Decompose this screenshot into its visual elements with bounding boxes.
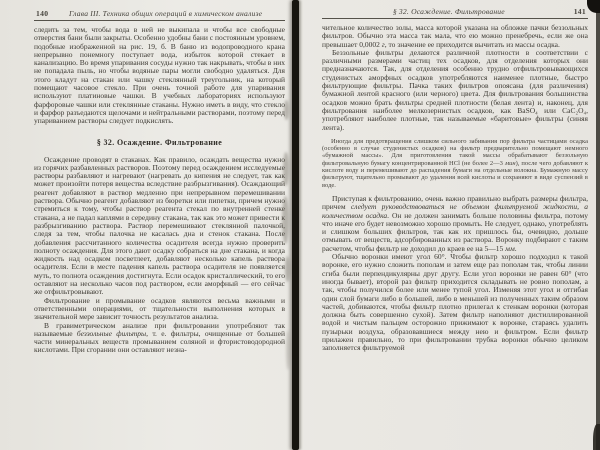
paragraph-funnel-folding: Обычно воронки имеют угол 60°. Чтобы фил… bbox=[322, 253, 588, 353]
paragraph-filtering-importance: Фильтрование и промывание осадков являют… bbox=[34, 297, 285, 322]
body-text-left: следить за тем, чтобы вода в ней не выки… bbox=[34, 26, 285, 355]
paragraph-filter-density: Беззольные фильтры делаются различной пл… bbox=[322, 49, 588, 132]
paragraph-evaporation: следить за тем, чтобы вода в ней не выки… bbox=[34, 26, 285, 126]
text-segment: Обычно воронки имеют угол 60°. Чтобы фил… bbox=[322, 252, 588, 352]
paragraph-filter-size: Приступая к фильтрованию, очень важно пр… bbox=[322, 195, 588, 253]
paragraph-gravimetric: В гравиметрическом анализе при фильтрова… bbox=[34, 322, 285, 355]
page-right: § 32. Осаждение. Фильтрование 141 читель… bbox=[299, 0, 593, 450]
scan-edge-right bbox=[596, 0, 600, 450]
running-title-left: Глава III. Техника общих операций в хими… bbox=[48, 9, 283, 18]
page-number-left: 140 bbox=[36, 9, 48, 18]
body-text-right: чительное количество золы, масса которой… bbox=[322, 24, 588, 353]
text-segment: Фильтрование и промывание осадков являют… bbox=[34, 296, 285, 322]
section-heading: § 32. Осаждение. Фильтрование bbox=[34, 138, 285, 147]
scan-smudge bbox=[284, 100, 289, 120]
paragraph-paper-pulp-smallprint: Иногда для предотвращения слишком сильно… bbox=[322, 138, 588, 189]
text-segment: Осаждение проводят в стаканах. Как прави… bbox=[34, 155, 285, 297]
scan-smudge bbox=[286, 330, 290, 370]
page-number-right: 141 bbox=[574, 7, 586, 16]
running-head-left: 140 Глава III. Техника общих операций в … bbox=[34, 9, 285, 21]
scan-smudge bbox=[285, 256, 290, 282]
book-gutter-shadow bbox=[292, 0, 299, 450]
paragraph-ash-mass: чительное количество золы, масса которой… bbox=[322, 24, 588, 49]
page-left: 140 Глава III. Техника общих операций в … bbox=[0, 0, 292, 450]
scan-smudge bbox=[282, 196, 289, 244]
text-segment: следить за тем, чтобы вода в ней не выки… bbox=[34, 25, 285, 125]
scan-edge-artifact-bottom bbox=[593, 424, 600, 450]
text-segment-italic: мин bbox=[505, 160, 516, 167]
paragraph-precipitation: Осаждение проводят в стаканах. Как прави… bbox=[34, 156, 285, 297]
book-scan-spread: 140 Глава III. Техника общих операций в … bbox=[0, 0, 600, 450]
running-title-right: § 32. Осаждение. Фильтрование bbox=[324, 7, 574, 16]
text-segment: Беззольные фильтры делаются различной пл… bbox=[322, 48, 588, 132]
running-head-right: § 32. Осаждение. Фильтрование 141 bbox=[322, 7, 588, 19]
scan-smudge bbox=[283, 152, 289, 186]
